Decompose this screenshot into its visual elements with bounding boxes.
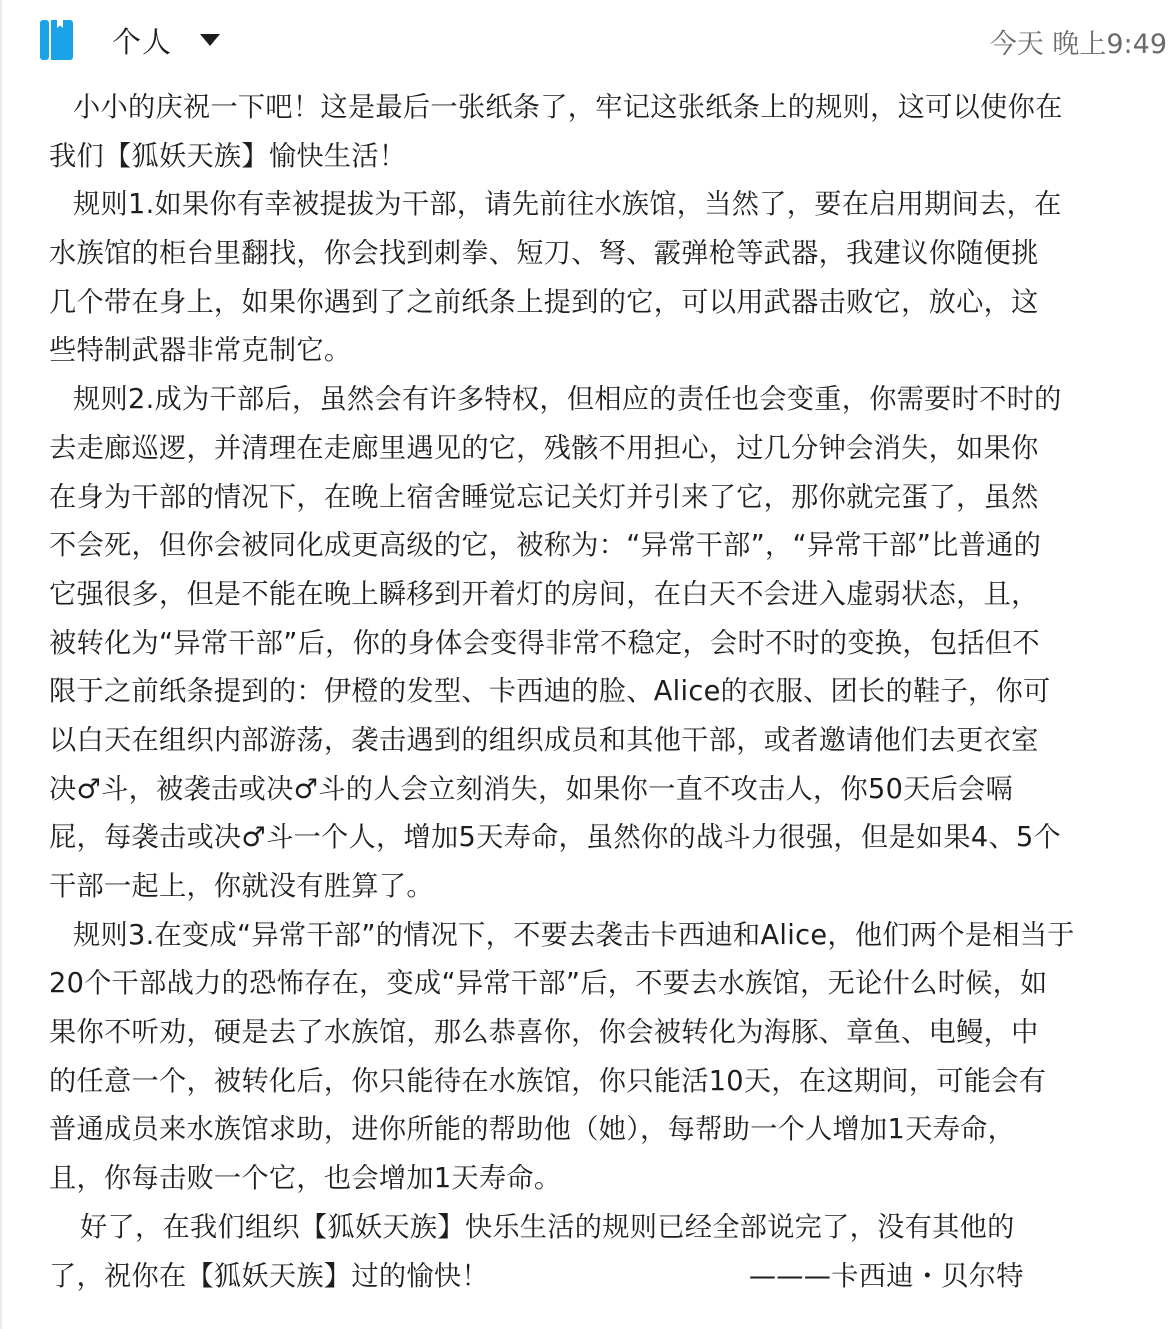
notebook-name: 个人: [112, 20, 172, 61]
text-line: 规则2.成为干部后，虽然会有许多特权，但相应的责任也会变重，你需要时不时的: [49, 376, 1159, 425]
note-header: 个人 今天 晚上9:49: [0, 0, 1169, 82]
note-timestamp: 今天 晚上9:49: [990, 22, 1167, 61]
caret-down-icon: [200, 34, 220, 46]
closing-line: 了，祝你在【狐妖天族】过的愉快！———卡西迪・贝尔特: [49, 1253, 1159, 1302]
signature: ———卡西迪・贝尔特: [749, 1253, 1024, 1302]
text-line: 果你不听劝，硬是去了水族馆，那么恭喜你，你会被转化为海豚、章鱼、电鳗，中: [49, 1009, 1159, 1058]
text-line: 规则1.如果你有幸被提拔为干部，请先前往水族馆，当然了，要在启用期间去，在: [49, 181, 1159, 230]
text-line: 决♂斗，被袭击或决♂斗的人会立刻消失，如果你一直不攻击人，你50天后会嗝: [49, 766, 1159, 815]
text-line: 我们【狐妖天族】愉快生活！: [49, 133, 1159, 182]
notebook-selector[interactable]: 个人: [112, 18, 220, 62]
text-line: 且，你每击败一个它，也会增加1天寿命。: [49, 1155, 1159, 1204]
text-line: 了，祝你在【狐妖天族】过的愉快！: [49, 1261, 489, 1292]
text-line: 小小的庆祝一下吧！这是最后一张纸条了，牢记这张纸条上的规则，这可以使你在: [49, 84, 1159, 133]
note-content[interactable]: 小小的庆祝一下吧！这是最后一张纸条了，牢记这张纸条上的规则，这可以使你在 我们【…: [49, 84, 1159, 1301]
text-line: 规则3.在变成“异常干部”的情况下，不要去袭击卡西迪和Alice，他们两个是相当…: [49, 912, 1159, 961]
text-line: 限于之前纸条提到的：伊橙的发型、卡西迪的脸、Alice的衣服、团长的鞋子，你可: [49, 668, 1159, 717]
text-line: 以白天在组织内部游荡，袭击遇到的组织成员和其他干部，或者邀请他们去更衣室: [49, 717, 1159, 766]
text-line: 的任意一个，被转化后，你只能待在水族馆，你只能活10天，在这期间，可能会有: [49, 1058, 1159, 1107]
text-line: 些特制武器非常克制它。: [49, 327, 1159, 376]
text-line: 在身为干部的情况下，在晚上宿舍睡觉忘记关灯并引来了它，那你就完蛋了，虽然: [49, 474, 1159, 523]
text-line: 去走廊巡逻，并清理在走廊里遇见的它，残骸不用担心，过几分钟会消失，如果你: [49, 425, 1159, 474]
text-line: 它强很多，但是不能在晚上瞬移到开着灯的房间，在白天不会进入虚弱状态，且，: [49, 571, 1159, 620]
text-line: 屁，每袭击或决♂斗一个人，增加5天寿命，虽然你的战斗力很强，但是如果4、5个: [49, 814, 1159, 863]
text-line: 被转化为“异常干部”后，你的身体会变得非常不稳定，会时不时的变换，包括但不: [49, 620, 1159, 669]
text-line: 水族馆的柜台里翻找，你会找到刺拳、短刀、弩、霰弹枪等武器，我建议你随便挑: [49, 230, 1159, 279]
text-line: 20个干部战力的恐怖存在，变成“异常干部”后，不要去水族馆，无论什么时候，如: [49, 960, 1159, 1009]
text-line: 干部一起上，你就没有胜算了。: [49, 863, 1159, 912]
text-line: 普通成员来水族馆求助，进你所能的帮助他（她），每帮助一个人增加1天寿命，: [49, 1106, 1159, 1155]
page-left-border: [0, 0, 2, 1329]
text-line: 好了，在我们组织【狐妖天族】快乐生活的规则已经全部说完了，没有其他的: [49, 1204, 1159, 1253]
text-line: 不会死，但你会被同化成更高级的它，被称为：“异常干部”，“异常干部”比普通的: [49, 522, 1159, 571]
text-line: 几个带在身上，如果你遇到了之前纸条上提到的它，可以用武器击败它，放心，这: [49, 279, 1159, 328]
notebook-icon[interactable]: [40, 20, 73, 60]
